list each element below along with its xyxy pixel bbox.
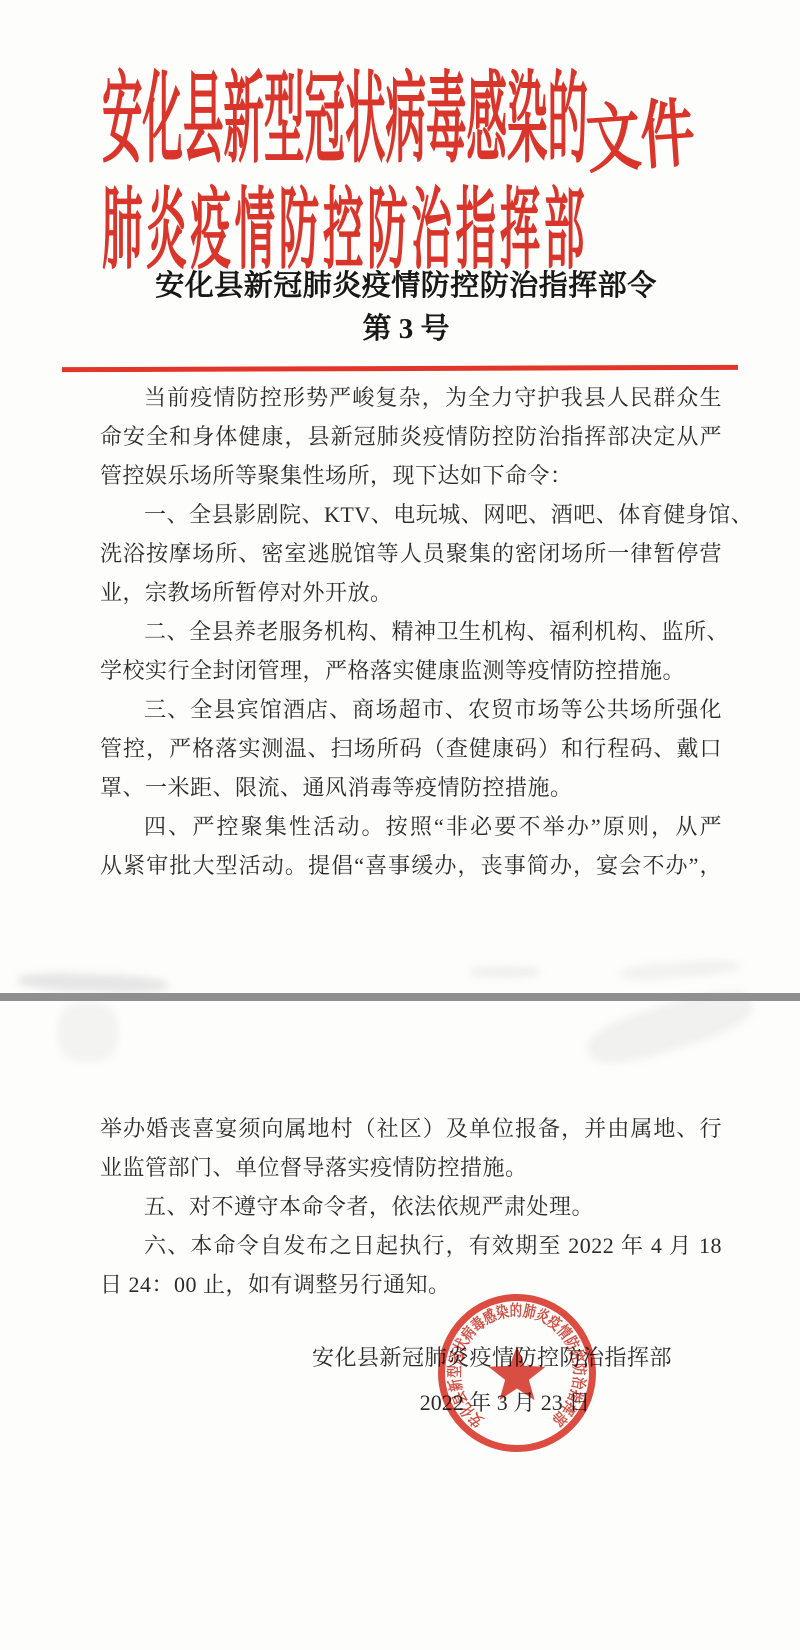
body-line: 六、本命令自发布之日起执行，有效期至 2022 年 4 月 18	[100, 1226, 722, 1265]
red-divider-rule	[62, 365, 738, 372]
body-line: 四、严控聚集性活动。按照“非必要不举办”原则，从严	[100, 807, 722, 846]
body-line: 二、全县养老服务机构、精神卫生机构、福利机构、监所、	[100, 612, 722, 651]
body-line: 一、全县影剧院、KTV、电玩城、网吧、酒吧、体育健身馆、	[100, 495, 722, 534]
body-line: 当前疫情防控形势严峻复杂，为全力守护我县人民群众生	[100, 378, 722, 417]
body-line: 业，宗教场所暂停对外开放。	[100, 573, 722, 612]
body-line: 管控娱乐场所等聚集性场所，现下达如下命令：	[100, 456, 722, 495]
scan-smudge	[18, 971, 169, 994]
seal-star	[488, 1346, 545, 1400]
body-line: 罩、一米距、限流、通风消毒等疫情防控措施。	[100, 768, 722, 807]
order-number: 第 3 号	[0, 306, 800, 347]
body-page1: 当前疫情防控形势严峻复杂，为全力守护我县人民群众生命安全和身体健康，县新冠肺炎疫…	[100, 378, 722, 885]
official-seal: 安化县新型冠状病毒感染的肺炎疫情防控防治指挥部	[434, 1290, 600, 1456]
scan-smudge	[58, 1002, 118, 1062]
body-line: 管控，严格落实测温、扫场所码（查健康码）和行程码、戴口	[100, 729, 722, 768]
body-line: 洗浴按摩场所、密室逃脱馆等人员聚集的密闭场所一律暂停营	[100, 534, 722, 573]
document-type-label: 文件	[584, 96, 697, 178]
scan-smudge	[470, 966, 540, 978]
scan-smudge	[620, 958, 741, 982]
body-line: 五、对不遵守本命令者，依法依规严肃处理。	[100, 1187, 722, 1226]
body-line: 学校实行全封闭管理，严格落实健康监测等疫情防控措施。	[100, 651, 722, 690]
body-line: 举办婚丧喜宴须向属地村（社区）及单位报备，并由属地、行	[100, 1109, 722, 1148]
body-page2: 举办婚丧喜宴须向属地村（社区）及单位报备，并由属地、行业监管部门、单位督导落实疫…	[100, 1109, 722, 1304]
order-title: 安化县新冠肺炎疫情防控防治指挥部令	[0, 263, 800, 304]
document-page: 安化县新型冠状病毒感染的 肺炎疫情防控防治指挥部 文件 安化县新冠肺炎疫情防控防…	[0, 0, 800, 1650]
body-line: 三、全县宾馆酒店、商场超市、农贸市场等公共场所强化	[100, 690, 722, 729]
body-line: 日 24：00 止，如有调整另行通知。	[100, 1265, 722, 1304]
letterhead-line1: 安化县新型冠状病毒感染的	[102, 72, 588, 171]
body-line: 命安全和身体健康，县新冠肺炎疫情防控防治指挥部决定从严	[100, 417, 722, 456]
body-line: 业监管部门、单位督导落实疫情防控措施。	[100, 1148, 722, 1187]
body-line: 从紧审批大型活动。提倡“喜事缓办，丧事简办，宴会不办”，	[100, 846, 722, 885]
